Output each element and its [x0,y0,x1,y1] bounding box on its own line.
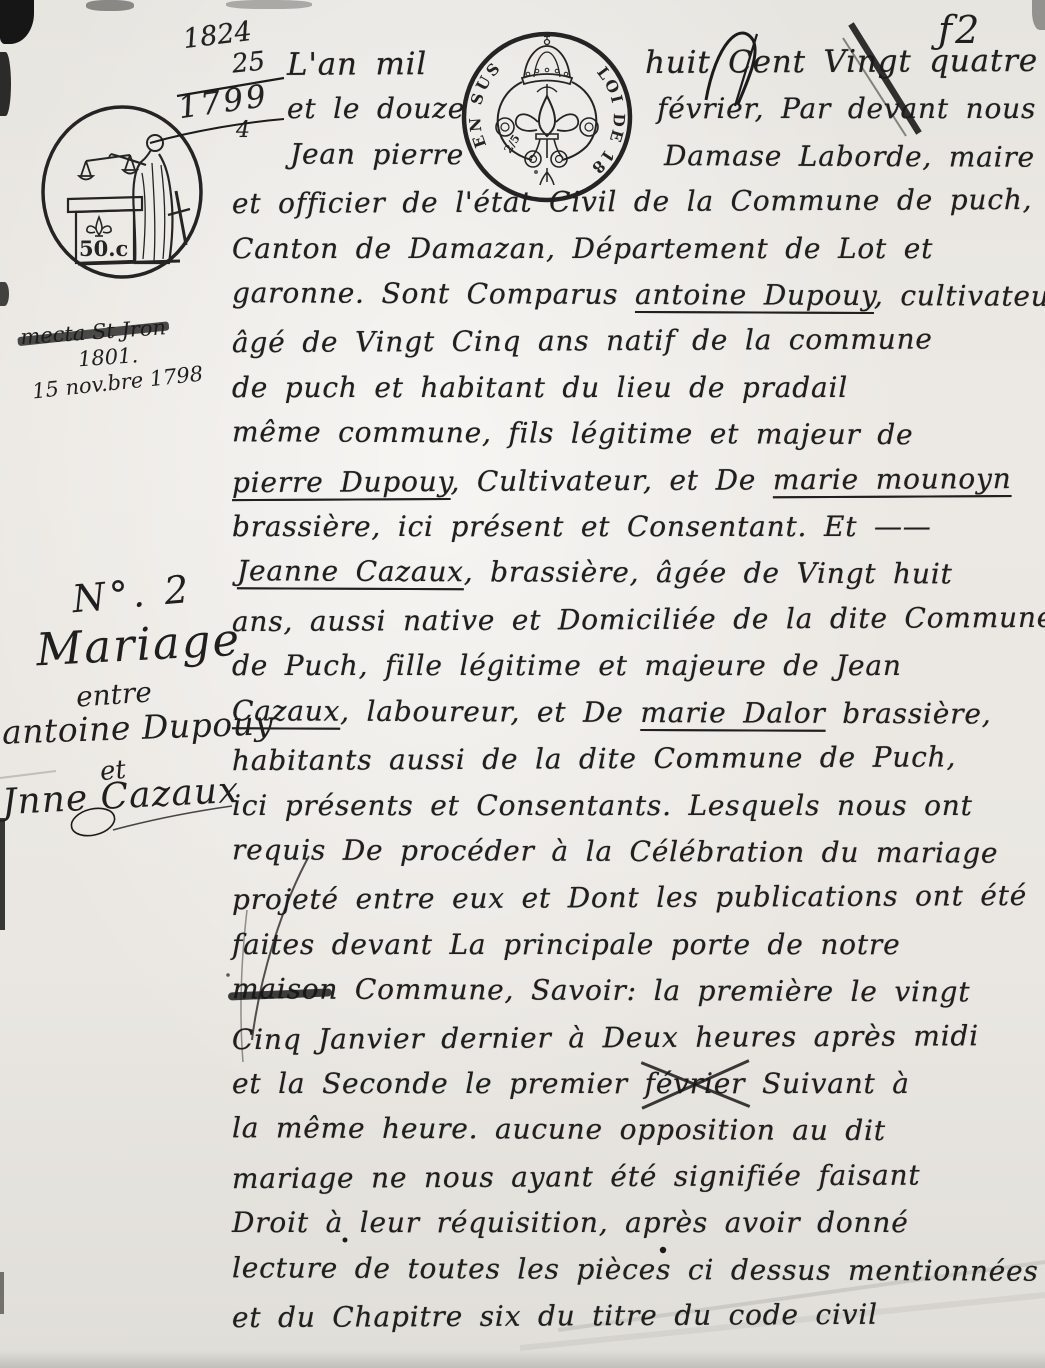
text-segment: Commune, Savoir: la première le vingt [338,973,970,1009]
scan-edge-mark [0,282,9,306]
text-segment: et la Seconde le premier [232,1067,645,1100]
scan-smudge [226,0,312,9]
text-segment: et du Chapitre six du titre du code civi… [232,1298,878,1334]
margin-bride-name: Jnne Cazaux [1,770,240,823]
fiscal-stamp-icon: 50.c [38,103,208,281]
scan-edge-mark [0,52,11,116]
text-segment: requis De procéder à la Célébration du m… [232,833,998,869]
text-segment: , brassière, âgée de Vingt huit [464,556,953,591]
text-line: ici présents et Consentants. Lesquels no… [232,783,1045,829]
text-line: projeté entre eux et Dont les publicatio… [232,873,1045,924]
text-segment: L'an mil [287,46,427,83]
scan-smudge [86,0,134,11]
text-segment: brassière, ici présent et Consentant. Et… [232,510,932,543]
document-body: L'an milhuit Cent Vingt quatreet le douz… [232,40,1045,1339]
margin-act-type: Mariage [35,613,243,677]
scan-corner-blotch [0,0,34,44]
text-line: de Puch, fille légitime et majeure de Je… [232,643,1045,689]
text-line: maison Commune, Savoir: la première le v… [232,966,1045,1016]
text-line: Cinq Janvier dernier à Deux heures après… [232,1012,1045,1063]
text-line: Jean pierreDamase Laborde, maire [232,131,1045,181]
text-line: la même heure. aucune opposition au dit [232,1106,1045,1156]
underlined-name: pierre Dupouy [232,465,451,499]
text-line: et du Chapitre six du titre du code civi… [232,1291,1045,1342]
text-segment: Cinq Janvier dernier à Deux heures après… [232,1019,979,1056]
text-segment: huit Cent Vingt quatre [645,43,1038,81]
text-line: requis De procéder à la Célébration du m… [232,827,1045,877]
text-line: habitants aussi de la dite Commune de Pu… [232,734,1045,785]
text-segment: faites devant La principale porte de not… [232,928,900,961]
text-line: et la Seconde le premier février Suivant… [232,1061,1045,1107]
text-line: lecture de toutes les pièces ci dessus m… [232,1245,1045,1295]
scan-smudge [1032,0,1045,30]
text-segment: , Cultivateur, et De [450,463,773,498]
stamp-gap [427,71,645,74]
underlined-name: Jeanne Cazaux [237,555,464,589]
text-segment: Droit à leur réquisition, après avoir do… [232,1206,909,1239]
text-segment: et officier de l'état Civil de la Commun… [232,183,1032,220]
text-segment: maison [232,966,338,1013]
page-bottom-shadow [0,1350,1045,1368]
text-segment: garonne. Sont Comparus [232,276,635,311]
text-segment: mariage ne nous ayant été signifiée fais… [232,1158,921,1195]
underlined-name: antoine Dupouy [635,278,874,312]
text-line: et le douzefévrier, Par devant nous [232,86,1045,132]
text-line: garonne. Sont Comparus antoine Dupouy, c… [232,270,1045,320]
text-segment: , cultivateur, [874,279,1045,313]
text-line: mariage ne nous ayant été signifiée fais… [232,1152,1045,1203]
text-segment: projeté entre eux et Dont les publicatio… [232,879,1027,916]
text-segment: ici présents et Consentants. Lesquels no… [232,789,973,822]
text-line: Droit à leur réquisition, après avoir do… [232,1200,1045,1246]
text-segment: Damase Laborde, maire [664,139,1035,174]
text-line: Cazaux, laboureur, et De marie Dalor bra… [232,688,1045,738]
registry-note: mecta St Jron 1801. 15 nov.bre 1798 [19,312,204,402]
text-segment: Canton de Damazan, Département de Lot et [232,232,933,265]
margin-act-number: N°. 2 [70,567,194,621]
text-line: Canton de Damazan, Département de Lot et [232,226,1045,272]
text-segment: lecture de toutes les pièces ci dessus m… [232,1251,1039,1288]
fiscal-stamp-value: 50.c [79,236,128,261]
stamp-gap [464,162,664,165]
text-line: et officier de l'état Civil de la Commun… [232,177,1045,228]
text-segment: habitants aussi de la dite Commune de Pu… [232,740,956,777]
text-segment: de Puch, fille légitime et majeure de Je… [232,649,902,682]
text-segment: la même heure. aucune opposition au dit [232,1112,886,1148]
text-segment: Jean pierre [290,137,464,171]
text-line: de puch et habitant du lieu de pradail [232,365,1045,411]
document-scan: ƒ2 1824 25 1799 4 mecta St Jron 1801. 15… [0,0,1045,1368]
underlined-name: marie Dalor [640,696,825,730]
text-line: pierre Dupouy, Cultivateur, et De marie … [232,456,1045,507]
text-segment: ans, aussi native et Domiciliée de la di… [232,601,1045,638]
text-segment: février [645,1061,746,1107]
text-line: âgé de Vingt Cinq ans natif de la commun… [232,316,1045,367]
scan-edge-mark [0,818,5,930]
text-line: Jeanne Cazaux, brassière, âgée de Vingt … [232,549,1045,599]
text-line: brassière, ici présent et Consentant. Et… [232,504,1045,550]
text-segment: de puch et habitant du lieu de pradail [232,371,848,404]
text-segment: février, Par devant nous [657,92,1036,125]
text-line: L'an milhuit Cent Vingt quatre [232,38,1045,89]
text-segment: et le douze [287,92,465,125]
text-segment: Suivant à [745,1067,909,1100]
text-segment: âgé de Vingt Cinq ans natif de la commun… [232,323,933,360]
stamp-gap [465,116,657,118]
text-line: ans, aussi native et Domiciliée de la di… [232,595,1045,646]
text-segment: brassière, [826,696,992,730]
text-line: même commune, fils légitime et majeur de [232,409,1045,459]
underlined-name: marie mounoyn [773,462,1012,496]
text-segment: même commune, fils légitime et majeur de [232,415,914,451]
text-line: faites devant La principale porte de not… [232,922,1045,968]
text-segment: , laboureur, et De [340,694,640,728]
underlined-name: Cazaux [232,694,340,727]
scan-edge-mark [0,1272,4,1314]
